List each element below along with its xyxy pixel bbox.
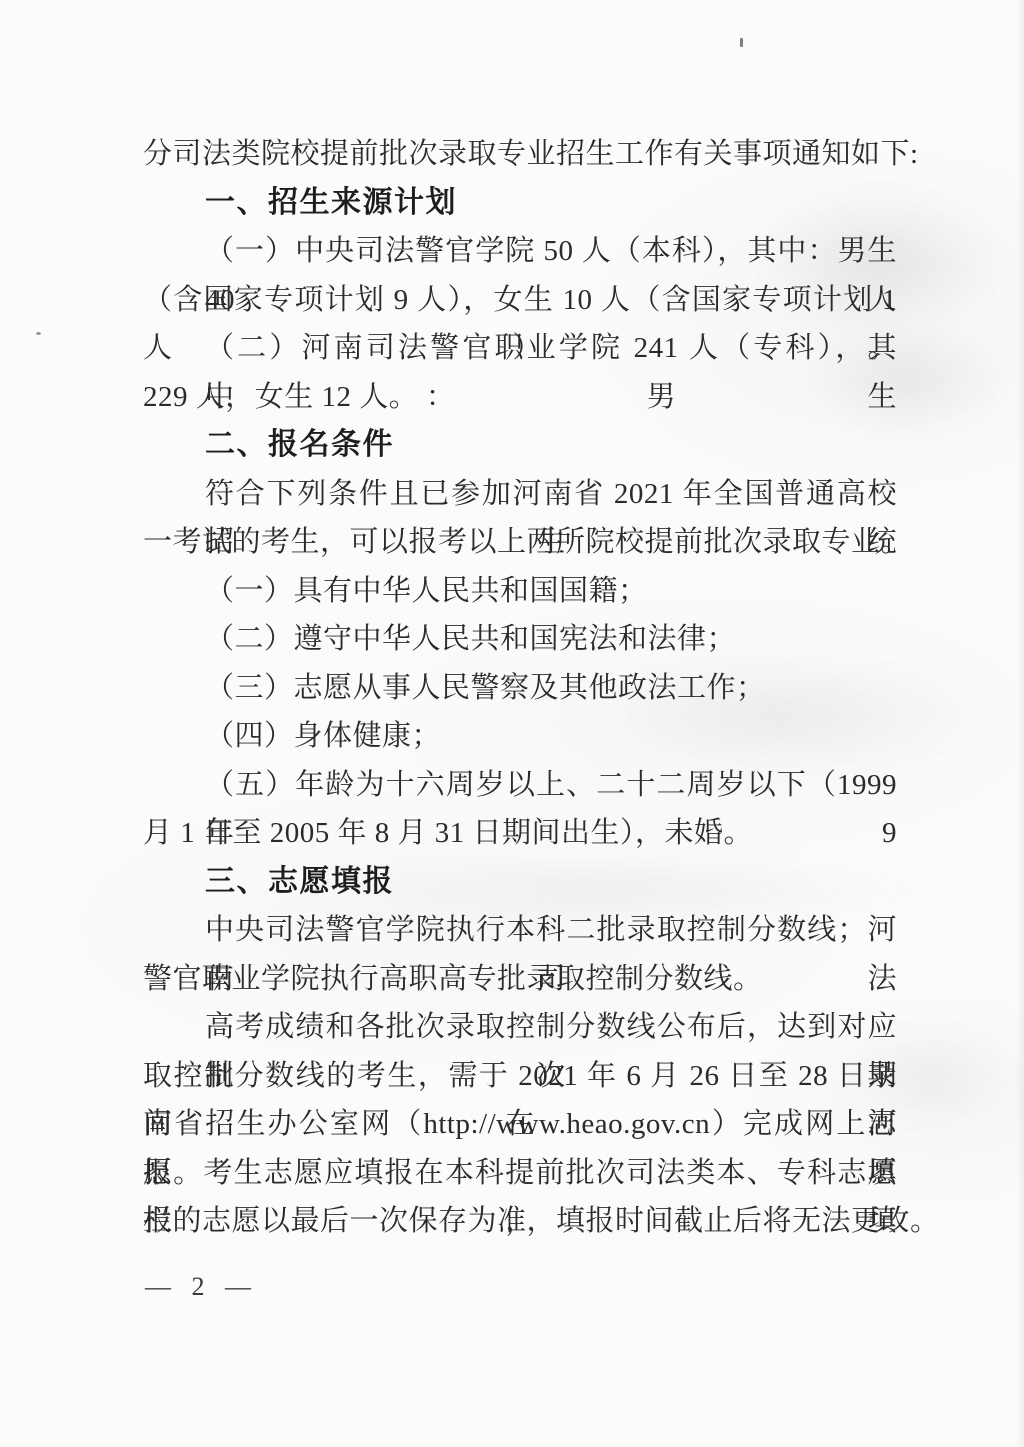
page-number: — 2 — — [145, 1272, 253, 1302]
scan-speck — [740, 38, 743, 47]
scan-speck — [36, 332, 41, 335]
section-heading-3: 三、志愿填报 — [143, 858, 897, 907]
text-line: （含国家专项计划 9 人），女生 10 人（含国家专项计划 1 人）。 — [143, 276, 897, 325]
text-line: 中央司法警官学院执行本科二批录取控制分数线；河南司法 — [143, 906, 897, 955]
section-heading-2: 二、报名条件 — [143, 421, 897, 470]
text-line-with-url: 南省招生办公室网（http://www.heao.gov.cn）完成网上志愿填 — [143, 1100, 897, 1149]
text-line: 报的志愿以最后一次保存为准，填报时间截止后将无法更改。 — [143, 1197, 897, 1246]
text-line: 高考成绩和各批次录取控制分数线公布后，达到对应批次录 — [143, 1003, 897, 1052]
text-line: 取控制分数线的考生，需于 2021 年 6 月 26 日至 28 日期间在河 — [143, 1052, 897, 1101]
section-heading-1: 一、招生来源计划 — [143, 179, 897, 228]
document-page: 分司法类院校提前批次录取专业招生工作有关事项通知如下: 一、招生来源计划 （一）… — [0, 0, 1024, 1447]
text-line-continuation: 分司法类院校提前批次录取专业招生工作有关事项通知如下: — [143, 130, 897, 179]
list-item-3: （三）志愿从事人民警察及其他政法工作； — [143, 664, 897, 713]
text-line: 符合下列条件且已参加河南省 2021 年全国普通高校招生统 — [143, 470, 897, 519]
list-item-4: （四）身体健康； — [143, 712, 897, 761]
list-item-2: （二）遵守中华人民共和国宪法和法律； — [143, 615, 897, 664]
list-item-1: （一）具有中华人民共和国国籍； — [143, 567, 897, 616]
text-line: （一）中央司法警官学院 50 人（本科），其中：男生 40 人 — [143, 227, 897, 276]
list-item-5: （五）年龄为十六周岁以上、二十二周岁以下（1999 年 9 — [143, 761, 897, 810]
text-line: （二）河南司法警官职业学院 241 人（专科），其中：男生 — [143, 324, 897, 373]
text-line: 报。考生志愿应填报在本科提前批次司法类本、专科志愿栏，填 — [143, 1149, 897, 1198]
document-body: 分司法类院校提前批次录取专业招生工作有关事项通知如下: 一、招生来源计划 （一）… — [143, 130, 897, 1246]
scan-edge-shadow — [1016, 0, 1024, 1447]
text-line: 一考试的考生，可以报考以上两所院校提前批次录取专业。 — [143, 518, 897, 567]
